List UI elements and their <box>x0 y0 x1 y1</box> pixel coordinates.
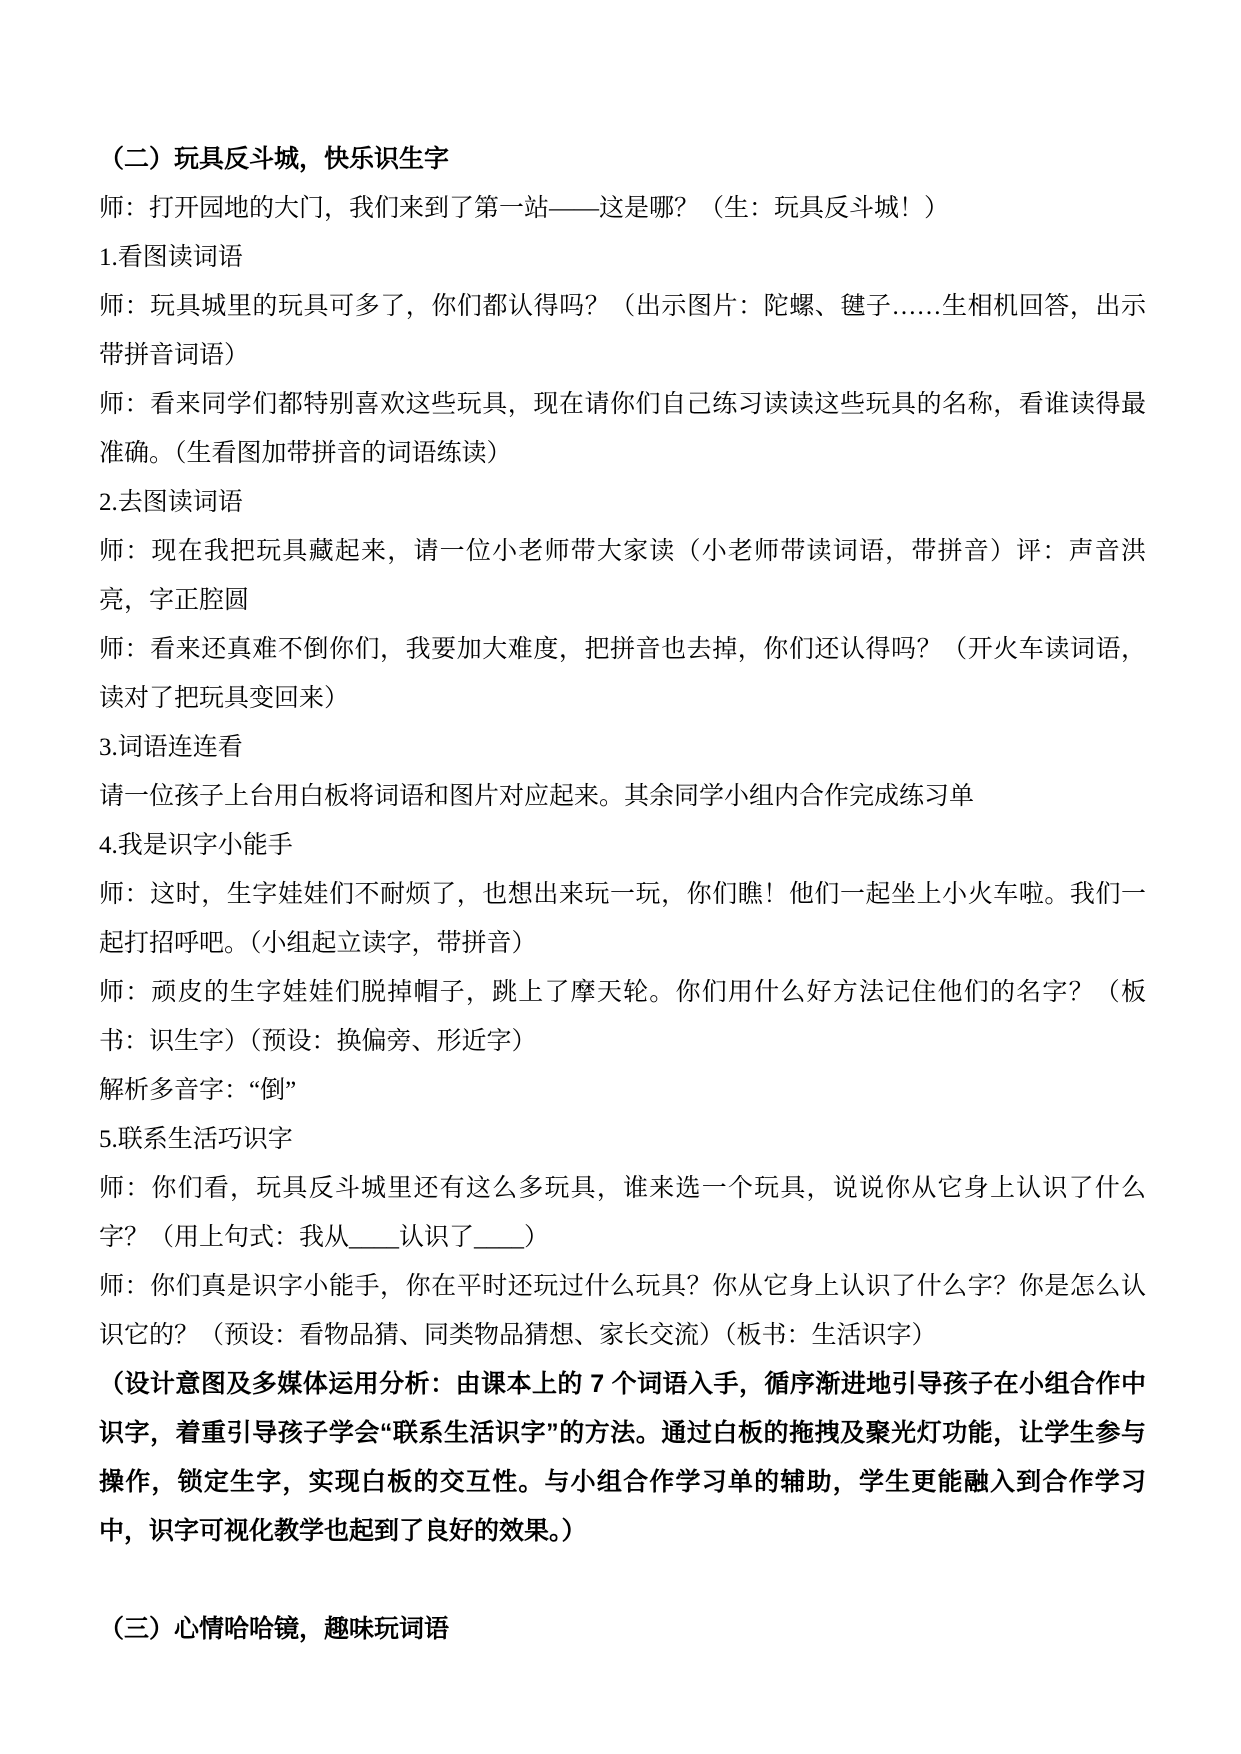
section-2-heading: （二）玩具反斗城，快乐识生字 <box>99 135 1146 184</box>
teacher-line-practice-read: 师：看来同学们都特别喜欢这些玩具，现在请你们自己练习读读这些玩具的名称，看谁读得… <box>99 380 1146 478</box>
step-1-label: 1.看图读词语 <box>99 233 1146 282</box>
lesson-plan-content: （二）玩具反斗城，快乐识生字 师：打开园地的大门，我们来到了第一站——这是哪？（… <box>99 135 1146 1654</box>
section-3-heading: （三）心情哈哈镜，趣味玩词语 <box>99 1605 1146 1654</box>
teacher-line-remove-pinyin: 师：看来还真难不倒你们，我要加大难度，把拼音也去掉，你们还认得吗？（开火车读词语… <box>99 625 1146 723</box>
step-3-label: 3.词语连连看 <box>99 723 1146 772</box>
step-4-label: 4.我是识字小能手 <box>99 821 1146 870</box>
teacher-line-character-babies: 师：这时，生字娃娃们不耐烦了，也想出来玩一玩，你们瞧！他们一起坐上小火车啦。我们… <box>99 870 1146 968</box>
teacher-line-life-literacy: 师：你们真是识字小能手，你在平时还玩过什么玩具？你从它身上认识了什么字？你是怎么… <box>99 1262 1146 1360</box>
polyphone-note: 解析多音字：“倒” <box>99 1066 1146 1115</box>
teacher-line-ferris-wheel: 师：顽皮的生字娃娃们脱掉帽子，跳上了摩天轮。你们用什么好方法记住他们的名字？（板… <box>99 968 1146 1066</box>
document-page: （二）玩具反斗城，快乐识生字 师：打开园地的大门，我们来到了第一站——这是哪？（… <box>0 0 1241 1754</box>
teacher-line-sentence-pattern: 师：你们看，玩具反斗城里还有这么多玩具，谁来选一个玩具，说说你从它身上认识了什么… <box>99 1164 1146 1262</box>
step-5-label: 5.联系生活巧识字 <box>99 1115 1146 1164</box>
teacher-line-hide-toys: 师：现在我把玩具藏起来，请一位小老师带大家读（小老师带读词语，带拼音）评：声音洪… <box>99 527 1146 625</box>
activity-whiteboard-matching: 请一位孩子上台用白板将词语和图片对应起来。其余同学小组内合作完成练习单 <box>99 772 1146 821</box>
teacher-line-toys: 师：玩具城里的玩具可多了，你们都认得吗？（出示图片：陀螺、毽子……生相机回答，出… <box>99 282 1146 380</box>
design-intent-analysis: （设计意图及多媒体运用分析：由课本上的 7 个词语入手，循序渐进地引导孩子在小组… <box>99 1360 1146 1556</box>
step-2-label: 2.去图读词语 <box>99 478 1146 527</box>
teacher-line-opening: 师：打开园地的大门，我们来到了第一站——这是哪？（生：玩具反斗城！） <box>99 184 1146 233</box>
